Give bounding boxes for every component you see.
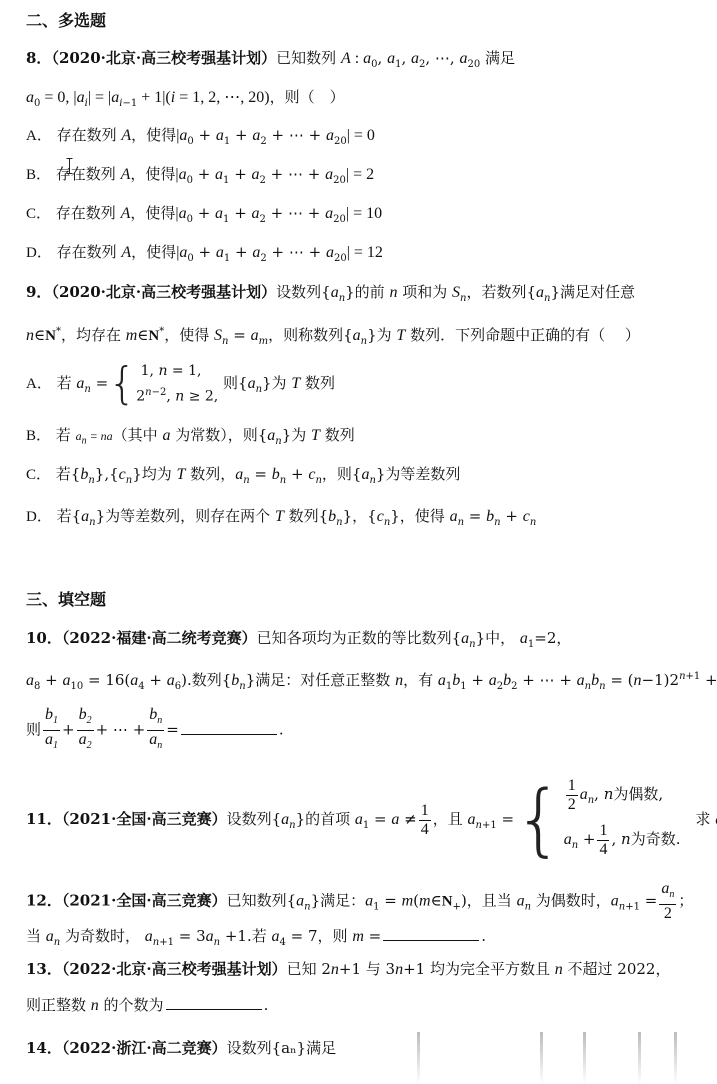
question-source: （2021·全国·高三竞赛）: [62, 892, 227, 910]
question-source: （2021·全国·高三竞赛）: [62, 810, 227, 828]
question-8-header: 8．（2020·北京·高三校考强基计划）已知数列 A : a0, a1, a2,…: [26, 47, 515, 76]
section-heading-multi-choice: 二、多选题: [26, 10, 106, 32]
option-d[interactable]: D． 存在数列 A，使得|a0 + a1 + a2 + ⋯ + a20| = 1…: [26, 241, 383, 270]
question-source: （2022·福建·高二统考竞赛）: [62, 629, 257, 647]
option-label: D．: [26, 509, 52, 525]
question-source: （2022·浙江·高二竞赛）: [62, 1039, 227, 1057]
answer-blank[interactable]: [166, 995, 262, 1010]
question-10-line2: a8 + a10 = 16(a4 + a6).数列{bn}满足：对任意正整数 n…: [26, 666, 717, 698]
option-a[interactable]: A． 若 an ={ 1, n = 1,2n−2, n ≥ 2, 则{an}为 …: [26, 360, 335, 412]
option-label: A．: [26, 128, 52, 144]
option-label: C．: [26, 467, 51, 483]
question-10-header: 10．（2022·福建·高二统考竞赛）已知各项均为正数的等比数列{an}中， a…: [26, 627, 571, 656]
option-b[interactable]: B． 存在数列 A，使得|a0 + a1 + a2 + ⋯ + a20| = 2: [26, 163, 374, 192]
question-12-line1: 12．（2021·全国·高三竞赛）已知数列{an}满足：a1 = m(m∈N+)…: [26, 880, 693, 928]
question-number: 11．: [26, 810, 62, 828]
question-text: 已知数列: [276, 49, 336, 67]
option-label: A．: [26, 376, 52, 392]
truncation-fade: [360, 1028, 717, 1084]
option-c[interactable]: C． 存在数列 A，使得|a0 + a1 + a2 + ⋯ + a20| = 1…: [26, 202, 382, 231]
blur-artifact: [583, 1032, 586, 1084]
option-label: B．: [26, 428, 51, 444]
blur-artifact: [540, 1032, 543, 1084]
blur-artifact: [638, 1032, 641, 1084]
question-source: （2020·北京·高三校考强基计划）: [51, 283, 276, 301]
question-number: 12．: [26, 892, 62, 910]
option-label: C．: [26, 206, 51, 222]
blur-artifact: [674, 1032, 677, 1084]
option-d[interactable]: D． 若{an}为等差数列，则存在两个 T 数列{bn}，{cn}，使得 an …: [26, 505, 536, 534]
question-number: 9．: [26, 283, 51, 301]
question-number: 13．: [26, 960, 62, 978]
question-13-line1: 13．（2022·北京·高三校考强基计划）已知 2n+1 与 3n+1 均为完全…: [26, 958, 670, 981]
question-8-condition: a0 = 0, |ai| = |ai−1 + 1|(i = 1, 2, ⋯, 2…: [26, 86, 345, 115]
question-number: 14．: [26, 1039, 62, 1057]
option-c[interactable]: C． 若{bn},{cn}均为 T 数列，an = bn + cn，则{an}为…: [26, 463, 460, 492]
question-10-line3: 则b1a1+b2a2+ ⋯ +bnan=.: [26, 706, 284, 755]
question-9-line2: n∈N*，均存在 m∈N*，使得 Sn = am，则称数列{an}为 T 数列．…: [26, 321, 640, 353]
answer-blank[interactable]: [181, 720, 277, 735]
text-cursor-icon: [66, 158, 73, 174]
question-12-line2: 当 an 为奇数时， an+1 = 3an +1.若 a4 = 7，则 m =.: [26, 925, 486, 954]
option-b[interactable]: B． 若 an = na（其中 a 为常数），则{an}为 T 数列: [26, 424, 355, 453]
blur-artifact: [417, 1032, 420, 1084]
math-expr: A: [341, 50, 351, 67]
question-14: 14．（2022·浙江·高二竞赛）设数列{aₙ}满足: [26, 1037, 336, 1059]
question-9-header: 9．（2020·北京·高三校考强基计划）设数列{an}的前 n 项和为 Sn，若…: [26, 281, 635, 310]
answer-blank[interactable]: [383, 926, 479, 941]
question-text: ，则（ ）: [270, 88, 345, 106]
section-heading-fill-blank: 三、填空题: [26, 589, 106, 611]
question-11: 11．（2021·全国·高三竞赛）设数列{an}的首项 a1 = a ≠14，且…: [26, 775, 717, 866]
question-number: 8．: [26, 49, 51, 67]
question-number: 10．: [26, 629, 62, 647]
option-label: B．: [26, 167, 51, 183]
question-source: （2022·北京·高三校考强基计划）: [62, 960, 287, 978]
option-a[interactable]: A． 存在数列 A，使得|a0 + a1 + a2 + ⋯ + a20| = 0: [26, 124, 375, 153]
option-label: D．: [26, 245, 52, 261]
question-text: 满足: [485, 49, 515, 67]
question-13-line2: 则正整数 n 的个数为.: [26, 994, 268, 1017]
question-text: 设数列{aₙ}满足: [227, 1039, 337, 1057]
question-source: （2020·北京·高三校考强基计划）: [51, 49, 276, 67]
